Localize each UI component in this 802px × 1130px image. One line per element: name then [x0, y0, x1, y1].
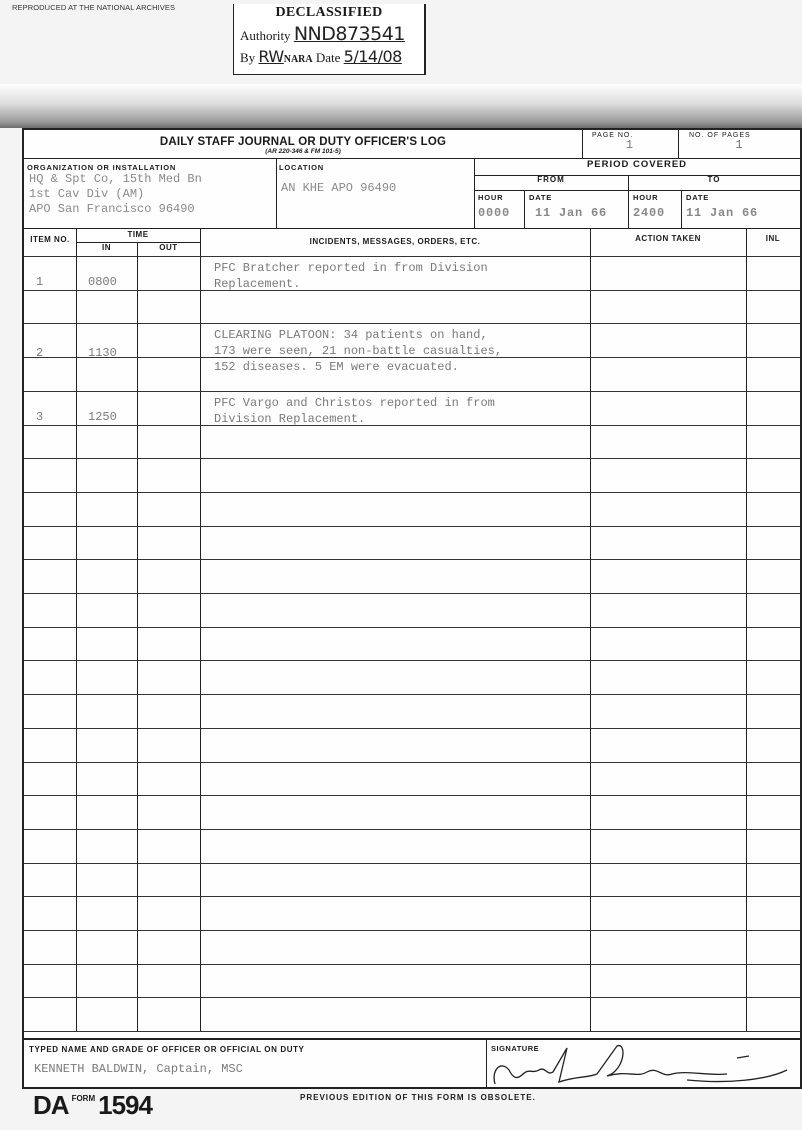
from-hour-field: HOUR 0000: [474, 190, 525, 229]
row-divider: [24, 627, 800, 628]
row-divider: [24, 256, 800, 257]
column-divider: [590, 228, 591, 1031]
form-subtitle: (AR 220-346 & FM 101-5): [24, 148, 582, 155]
entry-text-line: 173 were seen, 21 non-battle casualties,: [214, 343, 502, 360]
officer-name-value: KENNETH BALDWIN, Captain, MSC: [34, 1062, 243, 1076]
row-divider: [24, 829, 800, 830]
entry-time-in: 1130: [88, 345, 117, 362]
organization-field: ORGANIZATION OR INSTALLATION HQ & Spt Co…: [24, 159, 277, 229]
location-value: AN KHE APO 96490: [281, 181, 474, 196]
authority-label: Authority: [240, 28, 291, 43]
row-divider: [24, 896, 800, 897]
organization-line-2: 1st Cav Div (AM): [29, 187, 276, 202]
from-date-value: 11 Jan 66: [535, 206, 628, 220]
organization-label: ORGANIZATION OR INSTALLATION: [27, 163, 276, 172]
row-divider: [24, 290, 800, 291]
scan-shadow: [0, 84, 802, 128]
officer-name-label: TYPED NAME AND GRADE OF OFFICER OR OFFIC…: [29, 1045, 305, 1054]
duty-officer-log-form: DAILY STAFF JOURNAL OR DUTY OFFICER'S LO…: [22, 128, 802, 1089]
row-divider: [24, 593, 800, 594]
signature-scribble-icon: [487, 1040, 801, 1089]
header-action-taken: ACTION TAKEN: [590, 228, 746, 257]
row-divider: [24, 526, 800, 527]
row-divider: [24, 660, 800, 661]
row-divider: [24, 863, 800, 864]
row-divider: [24, 694, 800, 695]
by-label: By: [240, 50, 255, 65]
column-divider: [76, 228, 77, 1031]
to-hour-value: 2400: [633, 206, 681, 220]
from-date-label: DATE: [529, 193, 628, 202]
column-divider: [746, 228, 747, 1031]
declassified-stamp: DECLASSIFIED Authority NND873541 By RWNA…: [233, 4, 426, 75]
to-date-label: DATE: [686, 193, 800, 202]
entry-item-no: 1: [36, 274, 43, 291]
from-date-field: DATE 11 Jan 66: [525, 190, 629, 229]
row-divider: [24, 728, 800, 729]
entry-text-line: 152 diseases. 5 EM were evacuated.: [214, 359, 459, 376]
from-hour-value: 0000: [478, 206, 524, 220]
organization-line-1: HQ & Spt Co, 15th Med Bn: [29, 172, 276, 187]
period-covered: PERIOD COVERED FROM TO HOUR 0000 DATE 11…: [474, 159, 800, 229]
form-number: DAFORM1594: [33, 1090, 152, 1121]
organization-line-3: APO San Francisco 96490: [29, 202, 276, 217]
from-label: FROM: [474, 175, 629, 191]
by-line: By RWNARA Date 5/14/08: [240, 47, 424, 66]
header-item-no: ITEM NO.: [24, 228, 76, 257]
to-date-value: 11 Jan 66: [686, 206, 800, 220]
entry-time-in: 1250: [88, 409, 117, 426]
row-divider: [24, 795, 800, 796]
entry-item-no: 2: [36, 345, 43, 362]
row-divider: [24, 1031, 800, 1032]
row-divider: [24, 391, 800, 392]
header-incidents: INCIDENTS, MESSAGES, ORDERS, ETC.: [200, 228, 590, 257]
row-divider: [24, 323, 800, 324]
column-divider: [200, 228, 201, 1031]
column-divider: [137, 242, 138, 1031]
from-hour-label: HOUR: [478, 193, 524, 202]
obsolete-note: PREVIOUS EDITION OF THIS FORM IS OBSOLET…: [300, 1093, 536, 1102]
form-number-value: 1594: [98, 1090, 152, 1120]
entry-text-line: CLEARING PLATOON: 34 patients on hand,: [214, 327, 488, 344]
row-divider: [24, 964, 800, 965]
nara-label: NARA: [284, 54, 313, 65]
form-header: DAILY STAFF JOURNAL OR DUTY OFFICER'S LO…: [24, 130, 583, 158]
authority-line: Authority NND873541: [240, 23, 424, 45]
row-divider: [24, 425, 800, 426]
entry-text-line: Division Replacement.: [214, 411, 365, 428]
to-hour-label: HOUR: [633, 193, 681, 202]
entry-item-no: 3: [36, 409, 43, 426]
header-inl: INL: [746, 228, 800, 257]
signature-field: SIGNATURE: [486, 1040, 801, 1089]
entry-text-line: PFC Bratcher reported in from Division: [214, 260, 488, 277]
entry-time-in: 0800: [88, 274, 117, 291]
form-word: FORM: [72, 1094, 96, 1103]
form-prefix: DA: [33, 1090, 69, 1120]
authority-value: NND873541: [294, 23, 405, 45]
page-no-box: PAGE NO. 1: [582, 130, 679, 158]
row-divider: [24, 762, 800, 763]
row-divider: [24, 930, 800, 931]
entry-text-line: PFC Vargo and Christos reported in from: [214, 395, 495, 412]
archive-note: REPRODUCED AT THE NATIONAL ARCHIVES: [12, 3, 175, 12]
date-value: 5/14/08: [344, 47, 402, 66]
header-time: TIME: [76, 228, 200, 242]
by-value: RW: [258, 47, 283, 66]
info-row: ORGANIZATION OR INSTALLATION HQ & Spt Co…: [24, 158, 800, 229]
row-divider: [24, 492, 800, 493]
to-label: TO: [628, 175, 800, 191]
form-title: DAILY STAFF JOURNAL OR DUTY OFFICER'S LO…: [24, 136, 582, 148]
to-date-field: DATE 11 Jan 66: [682, 190, 800, 229]
entry-text-line: Replacement.: [214, 276, 300, 293]
row-divider: [24, 458, 800, 459]
declassified-title: DECLASSIFIED: [234, 5, 424, 21]
row-divider: [24, 559, 800, 560]
location-label: LOCATION: [279, 163, 474, 172]
header-in: IN: [76, 242, 137, 255]
location-field: LOCATION AN KHE APO 96490: [276, 159, 475, 229]
period-label: PERIOD COVERED: [474, 159, 800, 176]
header-out: OUT: [137, 242, 200, 255]
no-of-pages-value: 1: [679, 138, 800, 152]
date-label: Date: [316, 50, 341, 65]
row-divider: [24, 997, 800, 998]
officer-footer: TYPED NAME AND GRADE OF OFFICER OR OFFIC…: [24, 1038, 800, 1089]
to-hour-field: HOUR 2400: [629, 190, 682, 229]
no-of-pages-box: NO. OF PAGES 1: [679, 130, 800, 158]
page-no-value: 1: [582, 138, 678, 152]
